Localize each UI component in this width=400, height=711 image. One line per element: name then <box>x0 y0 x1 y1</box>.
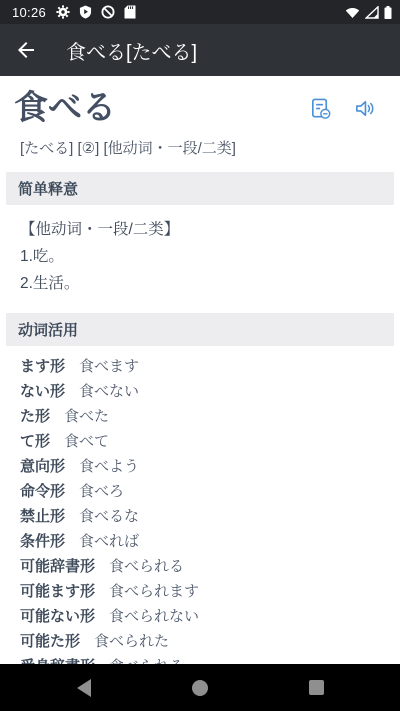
app-bar-title: 食べる[たべる] <box>66 36 197 65</box>
data-saver-icon <box>101 5 115 19</box>
dictionary-entry: 食べる <box>0 76 400 664</box>
conjugation-form-label: て形 <box>20 429 50 454</box>
conjugation-form-value: 食べろ <box>79 479 124 504</box>
notebook-add-icon[interactable] <box>308 96 332 120</box>
arrow-left-icon[interactable] <box>14 37 40 63</box>
conjugation-form-label: 受身辞書形 <box>20 654 95 664</box>
conjugation-form-label: 可能ます形 <box>20 579 95 604</box>
conjugation-form-value: 食べられた <box>94 629 169 654</box>
conjugation-list: ます形 食べます ない形 食べない た形 食べた て形 食べて <box>0 346 400 664</box>
wifi-icon <box>345 6 360 19</box>
conjugation-form-label: 禁止形 <box>20 504 65 529</box>
conjugation-row: 可能ない形 食べられない <box>20 604 380 629</box>
conjugation-row: 禁止形 食べるな <box>20 504 380 529</box>
conjugation-form-label: 可能ない形 <box>20 604 95 629</box>
conjugation-row: 可能ます形 食べられます <box>20 579 380 604</box>
conjugation-row: て形 食べて <box>20 429 380 454</box>
conjugation-form-value: 食べられます <box>109 579 199 604</box>
conjugation-form-value: 食べれば <box>79 529 139 554</box>
meaning-line: 【他动词・一段/二类】 <box>20 216 380 243</box>
nav-home-icon[interactable] <box>188 676 212 700</box>
conjugation-form-label: 意向形 <box>20 454 65 479</box>
word-header: 食べる <box>0 76 400 128</box>
meaning-line: 2.生活。 <box>20 270 380 297</box>
conjugation-form-value: 食べるな <box>79 504 139 529</box>
conjugation-form-label: 命令形 <box>20 479 65 504</box>
android-nav-bar <box>0 664 400 711</box>
phone-screen: 10:26 <box>0 0 400 711</box>
conjugation-form-label: 可能辞書形 <box>20 554 95 579</box>
conjugation-form-value: 食べない <box>79 379 139 404</box>
conjugation-form-label: ない形 <box>20 379 65 404</box>
conjugation-form-label: 可能た形 <box>20 629 80 654</box>
conjugation-row: 条件形 食べれば <box>20 529 380 554</box>
cell-signal-icon <box>365 6 379 19</box>
conjugation-form-value: 食べられる <box>109 554 184 579</box>
sd-card-icon <box>124 5 136 19</box>
conjugation-form-label: た形 <box>20 404 50 429</box>
conjugation-form-value: 食べられない <box>109 604 199 629</box>
status-notification-icons <box>56 5 136 19</box>
section-header-meaning: 简单释意 <box>6 172 394 205</box>
meaning-line: 1.吃。 <box>20 243 380 270</box>
conjugation-form-value: 食べて <box>64 429 109 454</box>
conjugation-row: 受身辞書形 食べられる <box>20 654 380 664</box>
section-header-conjugation: 动词活用 <box>6 313 394 346</box>
speaker-icon[interactable] <box>352 96 376 120</box>
reading-line: [たべる] [②] [他动词・一段/二类] <box>0 128 400 172</box>
conjugation-row: 意向形 食べよう <box>20 454 380 479</box>
headword: 食べる <box>14 88 116 128</box>
meaning-list: 【他动词・一段/二类】 1.吃。 2.生活。 <box>0 205 400 313</box>
gear-icon <box>56 5 70 19</box>
status-clock: 10:26 <box>12 5 46 20</box>
conjugation-row: ます形 食べます <box>20 354 380 379</box>
conjugation-row: 可能辞書形 食べられる <box>20 554 380 579</box>
conjugation-row: 命令形 食べろ <box>20 479 380 504</box>
word-actions <box>308 96 382 120</box>
status-system-icons <box>345 6 392 19</box>
conjugation-form-label: 条件形 <box>20 529 65 554</box>
conjugation-form-value: 食べよう <box>79 454 139 479</box>
conjugation-form-value: 食べます <box>79 354 139 379</box>
shield-icon <box>79 5 92 19</box>
status-bar: 10:26 <box>0 0 400 24</box>
battery-icon <box>384 6 392 19</box>
conjugation-form-value: 食べた <box>64 404 109 429</box>
conjugation-row: 可能た形 食べられた <box>20 629 380 654</box>
conjugation-form-value: 食べられる <box>109 654 184 664</box>
nav-back-icon[interactable] <box>72 676 96 700</box>
conjugation-form-label: ます形 <box>20 354 65 379</box>
conjugation-row: た形 食べた <box>20 404 380 429</box>
nav-recents-icon[interactable] <box>304 676 328 700</box>
app-bar: 食べる[たべる] <box>0 24 400 76</box>
conjugation-row: ない形 食べない <box>20 379 380 404</box>
